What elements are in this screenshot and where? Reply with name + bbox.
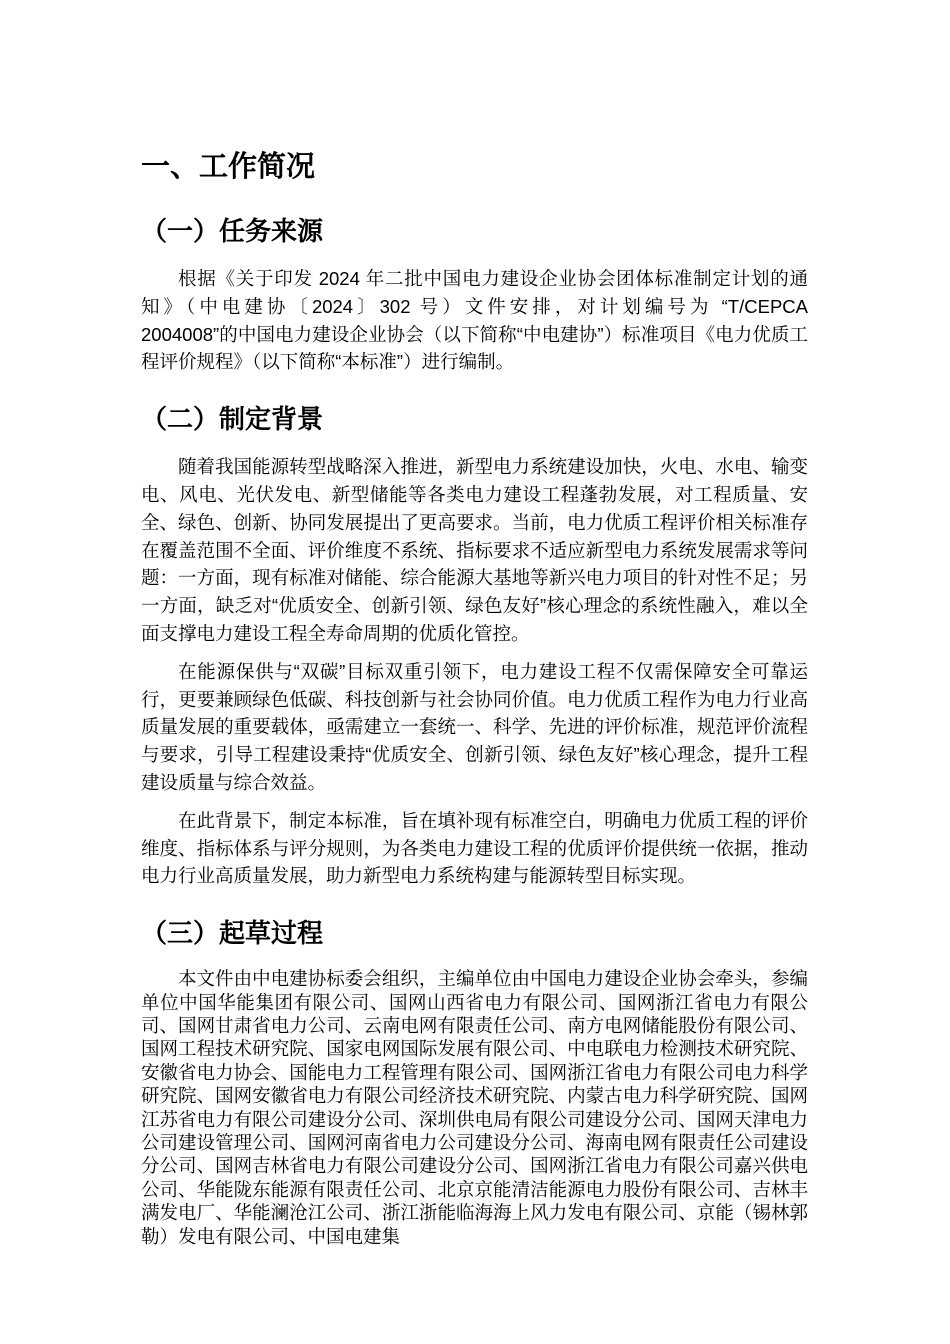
section-heading-background: （二）制定背景 <box>141 402 808 437</box>
paragraph-task-source: 根据《关于印发 2024 年二批中国电力建设企业协会团体标准制定计划的通知》（中… <box>141 265 808 376</box>
page-title: 一、工作简况 <box>141 148 808 186</box>
paragraph-background-3: 在此背景下，制定本标准，旨在填补现有标准空白，明确电力优质工程的评价维度、指标体… <box>141 807 808 890</box>
section-heading-task-source: （一）任务来源 <box>141 214 808 249</box>
section-task-source: （一）任务来源 根据《关于印发 2024 年二批中国电力建设企业协会团体标准制定… <box>141 214 808 376</box>
section-background: （二）制定背景 随着我国能源转型战略深入推进，新型电力系统建设加快，火电、水电、… <box>141 402 808 890</box>
document-page: 一、工作简况 （一）任务来源 根据《关于印发 2024 年二批中国电力建设企业协… <box>0 0 950 1344</box>
paragraph-background-2: 在能源保供与“双碳”目标双重引领下，电力建设工程不仅需保障安全可靠运行，更要兼顾… <box>141 658 808 797</box>
paragraph-background-1: 随着我国能源转型战略深入推进，新型电力系统建设加快，火电、水电、输变电、风电、光… <box>141 453 808 648</box>
section-heading-drafting-process: （三）起草过程 <box>141 916 808 951</box>
section-drafting-process: （三）起草过程 本文件由中电建协标委会组织，主编单位由中国电力建设企业协会牵头，… <box>141 916 808 1248</box>
paragraph-drafting-process: 本文件由中电建协标委会组织，主编单位由中国电力建设企业协会牵头，参编单位中国华能… <box>141 967 808 1248</box>
